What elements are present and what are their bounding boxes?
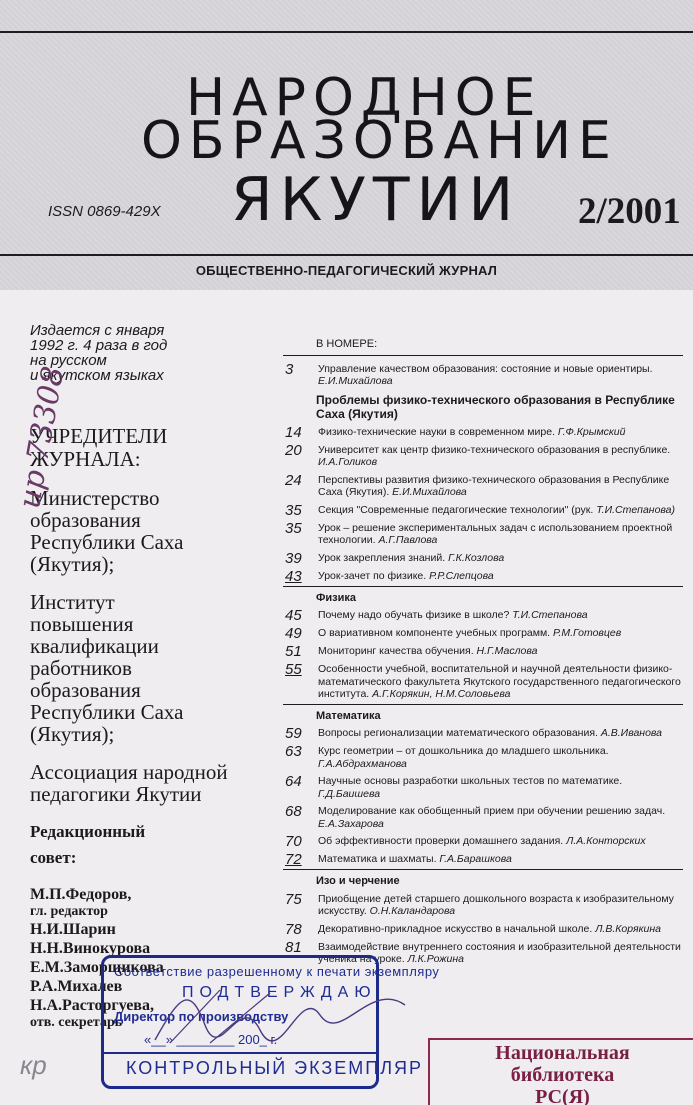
page-number: 72 bbox=[283, 853, 318, 866]
article-title: Научные основы разработки школьных тесто… bbox=[318, 775, 683, 800]
toc-section: Изо и черчение bbox=[283, 875, 683, 888]
article-author: А.Г.Корякин, Н.М.Соловьева bbox=[372, 688, 510, 700]
toc-entry[interactable]: 55Особенности учебной, воспитательной и … bbox=[283, 663, 683, 705]
page-number: 55 bbox=[283, 663, 318, 701]
page-number: 59 bbox=[283, 727, 318, 740]
left-column: Издается с января1992 г. 4 раза в годна … bbox=[30, 323, 275, 1031]
page-number: 75 bbox=[283, 893, 318, 918]
toc-entry[interactable]: 59Вопросы регионализации математического… bbox=[283, 727, 683, 740]
page-number: 20 bbox=[283, 444, 318, 469]
toc-entry[interactable]: 72Математика и шахматы. Г.А.Барашкова bbox=[283, 853, 683, 870]
article-title: Вопросы регионализации математического о… bbox=[318, 727, 683, 740]
toc-heading: В НОМЕРЕ: bbox=[283, 338, 683, 356]
article-title: Декоративно-прикладное искусство в начал… bbox=[318, 923, 683, 936]
article-title: Перспективы развития физико-технического… bbox=[318, 474, 683, 499]
page-number: 43 bbox=[283, 570, 318, 583]
toc-entry[interactable]: 51Мониторинг качества обучения. Н.Г.Масл… bbox=[283, 645, 683, 658]
toc-entry[interactable]: 75Приобщение детей старшего дошкольного … bbox=[283, 893, 683, 918]
article-author: И.А.Голиков bbox=[318, 456, 377, 468]
article-author: Л.В.Корякина bbox=[595, 923, 661, 935]
founders-heading: УЧРЕДИТЕЛИЖУРНАЛА: bbox=[30, 425, 275, 471]
founder: МинистерствообразованияРеспублики Саха(Я… bbox=[30, 487, 275, 575]
article-author: Т.И.Степанова bbox=[512, 609, 587, 621]
toc-section: Математика bbox=[283, 710, 683, 723]
toc-entry[interactable]: 24Перспективы развития физико-техническо… bbox=[283, 474, 683, 499]
toc-entry[interactable]: 63Курс геометрии – от дошкольника до мла… bbox=[283, 745, 683, 770]
article-author: Н.Г.Маслова bbox=[477, 645, 538, 657]
toc-entry[interactable]: 35Секция "Современные педагогические тех… bbox=[283, 504, 683, 517]
handwritten-initials: кр bbox=[20, 1050, 47, 1081]
article-title: Об эффективности проверки домашнего зада… bbox=[318, 835, 683, 848]
article-author: А.Г.Павлова bbox=[378, 534, 437, 546]
page-number: 3 bbox=[283, 363, 318, 388]
article-title: Секция "Современные педагогические техно… bbox=[318, 504, 683, 517]
toc-entry[interactable]: 49О вариативном компоненте учебных прогр… bbox=[283, 627, 683, 640]
board-member: Н.И.Шарин bbox=[30, 920, 275, 939]
title-line-2: ОБРАЗОВАНИЕ bbox=[141, 111, 618, 171]
article-title: Особенности учебной, воспитательной и на… bbox=[318, 663, 683, 701]
article-author: Г.Д.Баишева bbox=[318, 788, 380, 800]
toc-entry[interactable]: 70Об эффективности проверки домашнего за… bbox=[283, 835, 683, 848]
page-number: 78 bbox=[283, 923, 318, 936]
article-author: О.Н.Каландарова bbox=[370, 905, 455, 917]
article-author: Т.И.Степанова) bbox=[596, 504, 675, 516]
page-number: 64 bbox=[283, 775, 318, 800]
library-stamp: НациональнаябиблиотекаРС(Я) bbox=[428, 1038, 693, 1105]
article-title: Урок закрепления знаний. Г.К.Козлова bbox=[318, 552, 683, 565]
journal-subtitle: ОБЩЕСТВЕННО-ПЕДАГОГИЧЕСКИЙ ЖУРНАЛ bbox=[0, 263, 693, 278]
toc-entry[interactable]: 78Декоративно-прикладное искусство в нач… bbox=[283, 923, 683, 936]
article-title: Управление качеством образования: состоя… bbox=[318, 363, 683, 388]
toc-entry[interactable]: 43Урок-зачет по физике. Р.Р.Слепцова bbox=[283, 570, 683, 587]
table-of-contents: В НОМЕРЕ: 3Управление качеством образова… bbox=[283, 338, 683, 971]
page-number: 14 bbox=[283, 426, 318, 439]
board-heading: Редакционныйсовет: bbox=[30, 819, 275, 871]
toc-entry[interactable]: 68Моделирование как обобщенный прием при… bbox=[283, 805, 683, 830]
stamp-line-1: Соответствие разрешенному к печати экзем… bbox=[114, 964, 439, 979]
article-author: Г.А.Барашкова bbox=[439, 853, 511, 865]
article-title: О вариативном компоненте учебных програм… bbox=[318, 627, 683, 640]
article-author: Е.И.Михайлова bbox=[318, 375, 393, 387]
page-number: 45 bbox=[283, 609, 318, 622]
toc-entry[interactable]: 3Управление качеством образования: состо… bbox=[283, 363, 683, 388]
stamp-divider bbox=[104, 1052, 376, 1054]
signature-scribble bbox=[150, 985, 410, 1045]
board-role: гл. редактор bbox=[30, 904, 275, 920]
page-number: 68 bbox=[283, 805, 318, 830]
toc-entry[interactable]: 20Университет как центр физико-техническ… bbox=[283, 444, 683, 469]
article-author: Г.Ф.Крымский bbox=[558, 426, 626, 438]
article-title: Мониторинг качества обучения. Н.Г.Маслов… bbox=[318, 645, 683, 658]
article-author: Г.А.Абдрахманова bbox=[318, 758, 407, 770]
title-line-3: ЯКУТИИ bbox=[231, 165, 520, 235]
top-rule bbox=[0, 31, 693, 33]
page-number: 35 bbox=[283, 504, 318, 517]
issue-number: 2/2001 bbox=[578, 190, 681, 233]
page-number: 63 bbox=[283, 745, 318, 770]
stamp-line-5: КОНТРОЛЬНЫЙ ЭКЗЕМПЛЯР bbox=[126, 1058, 423, 1079]
article-title: Почему надо обучать физике в школе? Т.И.… bbox=[318, 609, 683, 622]
page-number: 35 bbox=[283, 522, 318, 547]
article-title: Университет как центр физико-техническог… bbox=[318, 444, 683, 469]
article-title: Приобщение детей старшего дошкольного во… bbox=[318, 893, 683, 918]
toc-section: Проблемы физико-технического образования… bbox=[283, 393, 683, 421]
article-title: Физико-технические науки в современном м… bbox=[318, 426, 683, 439]
article-author: Л.А.Конторских bbox=[566, 835, 645, 847]
article-author: Р.М.Готовцев bbox=[553, 627, 621, 639]
toc-entry[interactable]: 14Физико-технические науки в современном… bbox=[283, 426, 683, 439]
board-member: М.П.Федоров, bbox=[30, 885, 275, 904]
article-author: Е.И.Михайлова bbox=[392, 486, 467, 498]
issn: ISSN 0869-429X bbox=[48, 203, 161, 220]
toc-entry[interactable]: 39Урок закрепления знаний. Г.К.Козлова bbox=[283, 552, 683, 565]
founders-list: МинистерствообразованияРеспублики Саха(Я… bbox=[30, 487, 275, 805]
mid-rule bbox=[0, 254, 693, 256]
article-author: Г.К.Козлова bbox=[448, 552, 504, 564]
founder: Ассоциация народнойпедагогики Якутии bbox=[30, 761, 275, 805]
article-title: Курс геометрии – от дошкольника до младш… bbox=[318, 745, 683, 770]
article-title: Моделирование как обобщенный прием при о… bbox=[318, 805, 683, 830]
toc-entry[interactable]: 45Почему надо обучать физике в школе? Т.… bbox=[283, 609, 683, 622]
article-author: Е.А.Захарова bbox=[318, 818, 384, 830]
page-number: 51 bbox=[283, 645, 318, 658]
page-number: 39 bbox=[283, 552, 318, 565]
page-number: 24 bbox=[283, 474, 318, 499]
article-author: А.В.Иванова bbox=[601, 727, 662, 739]
article-title: Урок-зачет по физике. Р.Р.Слепцова bbox=[318, 570, 683, 583]
toc-section: Физика bbox=[283, 592, 683, 605]
page-number: 49 bbox=[283, 627, 318, 640]
article-author: Р.Р.Слепцова bbox=[429, 570, 494, 582]
toc-entry[interactable]: 35Урок – решение экспериментальных задач… bbox=[283, 522, 683, 547]
toc-entries: 3Управление качеством образования: состо… bbox=[283, 363, 683, 966]
founder: Институтповышенияквалификацииработниково… bbox=[30, 591, 275, 745]
article-title: Урок – решение экспериментальных задач с… bbox=[318, 522, 683, 547]
toc-entry[interactable]: 64Научные основы разработки школьных тес… bbox=[283, 775, 683, 800]
page-number: 70 bbox=[283, 835, 318, 848]
article-title: Математика и шахматы. Г.А.Барашкова bbox=[318, 853, 683, 866]
